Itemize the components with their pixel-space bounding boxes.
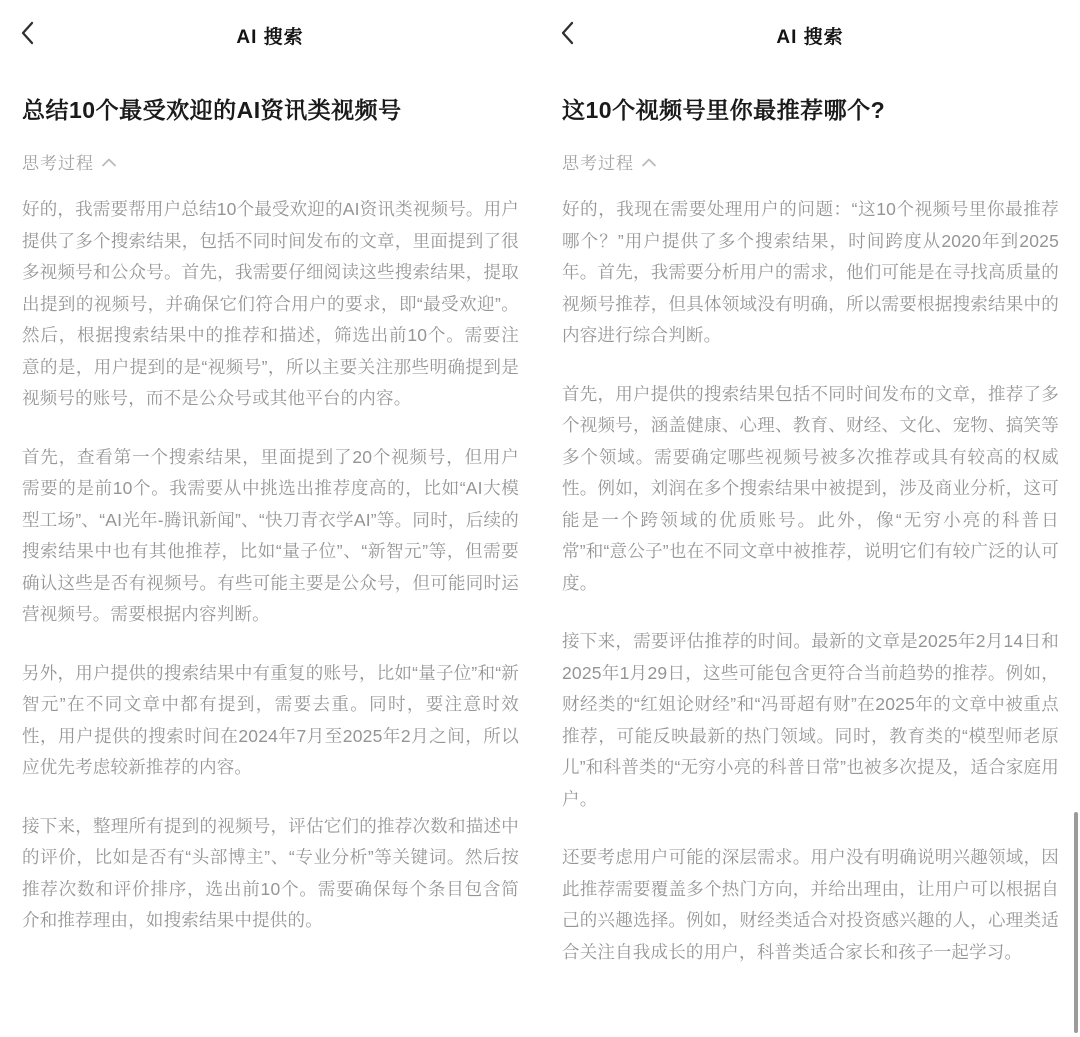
thinking-label: 思考过程 (22, 149, 94, 174)
thinking-content: 好的，我现在需要处理用户的问题：“这10个视频号里你最推荐哪个？”用户提供了多个… (540, 194, 1080, 968)
thinking-toggle[interactable]: 思考过程 (562, 149, 656, 174)
question-title: 这10个视频号里你最推荐哪个? (562, 95, 1058, 125)
chevron-up-icon (102, 152, 116, 172)
thinking-label: 思考过程 (562, 149, 634, 174)
thinking-paragraph: 首先，查看第一个搜索结果，里面提到了20个视频号，但用户需要的是前10个。我需要… (22, 442, 519, 631)
thinking-paragraph: 另外，用户提供的搜索结果中有重复的账号，比如“量子位”和“新智元”在不同文章中都… (22, 658, 519, 784)
app-title: AI 搜索 (236, 22, 303, 49)
app-header: AI 搜索 (540, 0, 1080, 62)
app-title: AI 搜索 (776, 22, 843, 49)
back-button[interactable] (16, 18, 40, 48)
chevron-left-icon (558, 34, 578, 49)
thinking-paragraph: 好的，我需要帮用户总结10个最受欢迎的AI资讯类视频号。用户提供了多个搜索结果，… (22, 194, 519, 415)
chevron-up-icon (642, 152, 656, 172)
thinking-paragraph: 接下来，需要评估推荐的时间。最新的文章是2025年2月14日和2025年1月29… (562, 626, 1059, 815)
thinking-paragraph: 还要考虑用户可能的深层需求。用户没有明确说明兴趣领域，因此推荐需要覆盖多个热门方… (562, 842, 1059, 968)
thinking-paragraph: 好的，我现在需要处理用户的问题：“这10个视频号里你最推荐哪个？”用户提供了多个… (562, 194, 1059, 352)
back-button[interactable] (556, 18, 580, 48)
thinking-paragraph: 首先，用户提供的搜索结果包括不同时间发布的文章，推荐了多个视频号，涵盖健康、心理… (562, 379, 1059, 600)
right-screen: AI 搜索 这10个视频号里你最推荐哪个? 思考过程 好的，我现在需要处理用户的… (540, 0, 1080, 1037)
screenshot: AI 搜索 总结10个最受欢迎的AI资讯类视频号 思考过程 好的，我需要帮用户总… (0, 0, 1080, 1037)
thinking-toggle[interactable]: 思考过程 (22, 149, 116, 174)
thinking-paragraph: 接下来，整理所有提到的视频号，评估它们的推荐次数和描述中的评价，比如是否有“头部… (22, 811, 519, 937)
scrollbar-thumb[interactable] (1074, 812, 1078, 1033)
left-screen: AI 搜索 总结10个最受欢迎的AI资讯类视频号 思考过程 好的，我需要帮用户总… (0, 0, 540, 1037)
chevron-left-icon (18, 34, 38, 49)
app-header: AI 搜索 (0, 0, 540, 62)
question-title: 总结10个最受欢迎的AI资讯类视频号 (22, 95, 518, 125)
thinking-content: 好的，我需要帮用户总结10个最受欢迎的AI资讯类视频号。用户提供了多个搜索结果，… (0, 194, 540, 937)
